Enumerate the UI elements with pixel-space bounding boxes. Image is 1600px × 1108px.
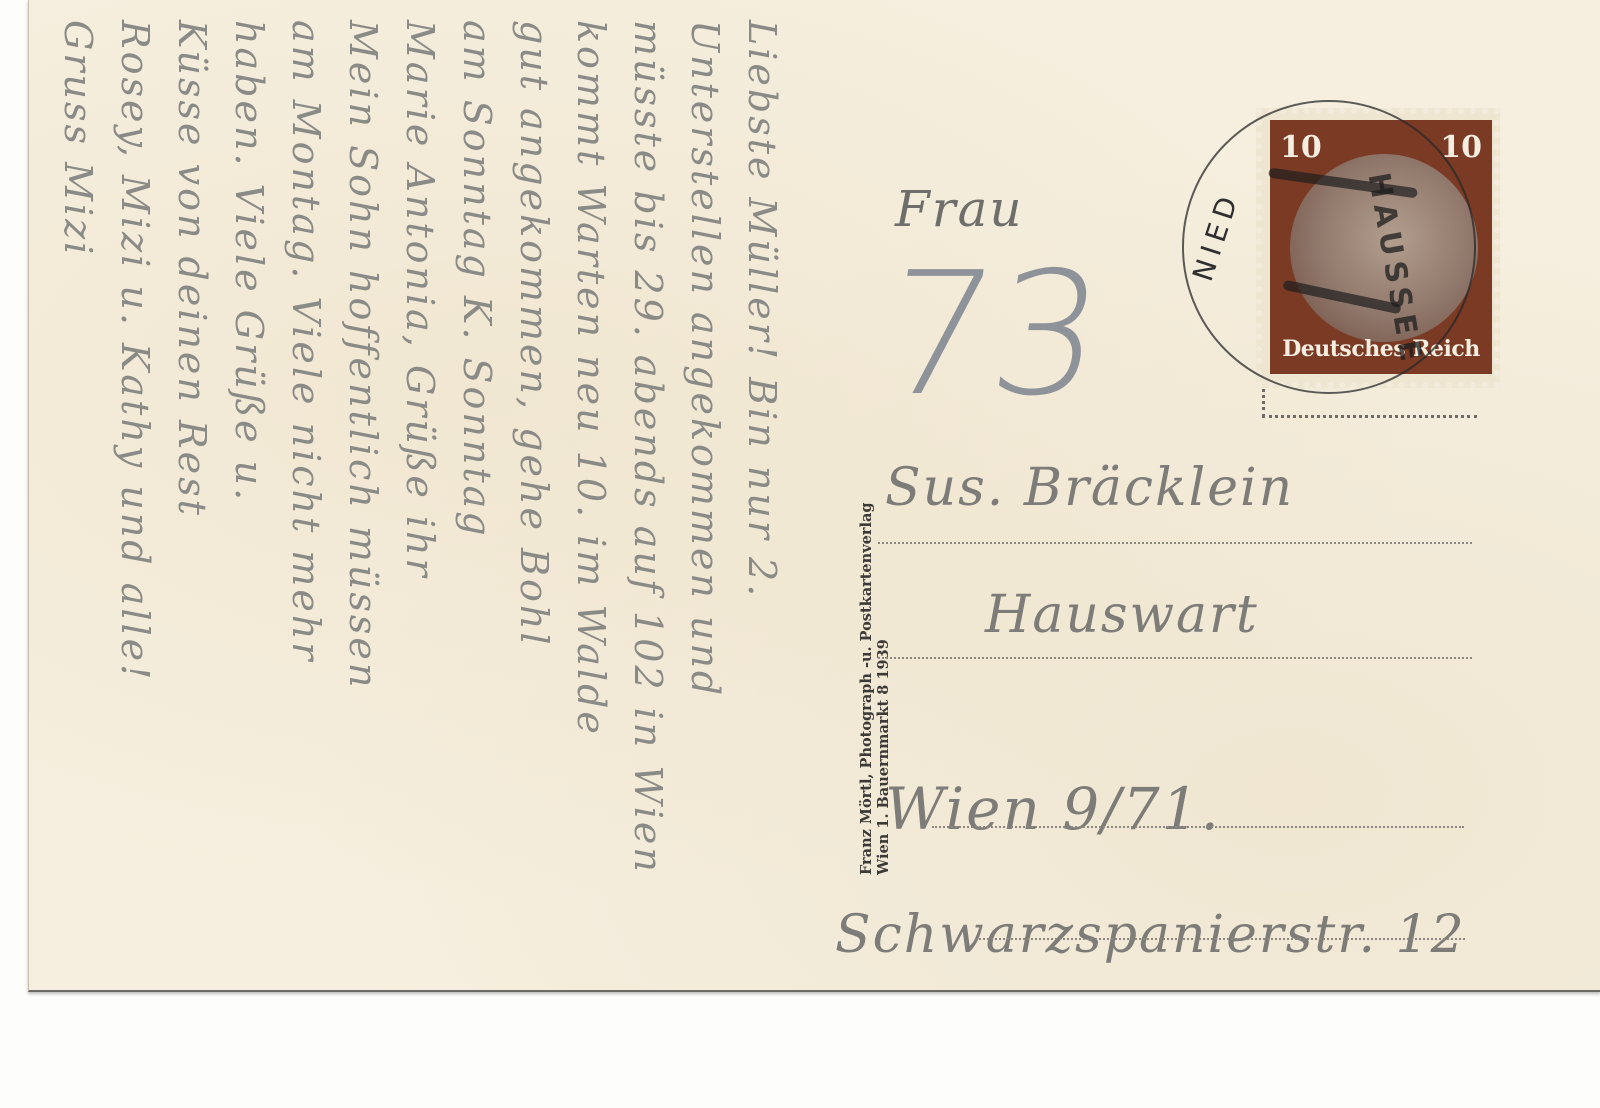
message-line: am Montag. Viele nicht mehr <box>277 20 334 980</box>
address-occupation: Hauswart <box>985 585 1259 645</box>
address-line-1 <box>878 542 1472 544</box>
address-line-4 <box>975 938 1465 940</box>
address-line-3 <box>932 826 1464 828</box>
address-city: Wien 9/71. <box>885 775 1221 843</box>
handwritten-message: 23.II.41. Liebste Müller! Bin nur 2. Unt… <box>30 0 790 990</box>
address-salutation: Frau <box>895 180 1024 238</box>
message-line: kommt Warten neu 10. im Walde <box>562 20 619 980</box>
imprint-line: Franz Mörtl, Photograph -u. Postkartenve… <box>858 330 875 875</box>
message-line: Küsse von deinen Rest <box>163 20 220 980</box>
message-line: müsste bis 29. abends auf 102 in Wien <box>619 20 676 980</box>
pencil-note: 73 <box>873 250 1113 420</box>
message-line: Marie Antonia, Grüße ihr <box>391 20 448 980</box>
message-line: Rosey, Mizi u. Kathy und alle! <box>106 20 163 980</box>
address-street: Schwarzspanierstr. 12 <box>835 905 1466 965</box>
message-line: Gruss Mizi <box>49 20 106 980</box>
message-line: am Sonntag K. Sonntag <box>448 20 505 980</box>
message-line: Liebste Müller! Bin nur 2. <box>733 20 790 980</box>
address-line-2 <box>878 657 1472 659</box>
message-line: Mein Sohn hoffentlich müssen <box>334 20 391 980</box>
message-line: gut angekommen, gehe Bohl <box>505 20 562 980</box>
address-name: Sus. Bräcklein <box>885 458 1294 518</box>
message-line: Unterstellen angekommen und <box>676 20 733 980</box>
message-line: haben. Viele Grüße u. <box>220 20 277 980</box>
